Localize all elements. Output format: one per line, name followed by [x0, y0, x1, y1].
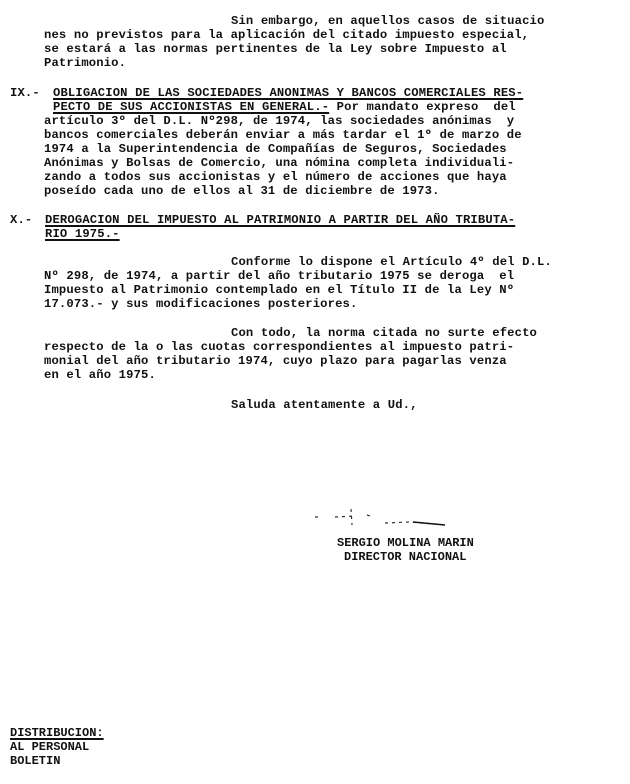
section-heading: PECTO DE SUS ACCIONISTAS EN GENERAL.- [53, 100, 329, 114]
section-body-text: Por mandato expreso del [329, 100, 516, 114]
section-heading: DEROGACION DEL IMPUESTO AL PATRIMONIO A … [45, 213, 515, 227]
section-body-line: artículo 3º del D.L. Nº298, de 1974, las… [44, 114, 514, 128]
intro-line: Sin embargo, en aquellos casos de situac… [231, 14, 544, 28]
intro-line: Patrimonio. [44, 56, 126, 70]
section-body-line: 1974 a la Superintendencia de Compañías … [44, 142, 507, 156]
section-body-line: bancos comerciales deberán enviar a más … [44, 128, 522, 142]
paragraph-line: Conforme lo dispone el Artículo 4º del D… [231, 255, 552, 269]
distribution-label: DISTRIBUCION: [10, 727, 104, 740]
paragraph-line: Con todo, la norma citada no surte efect… [231, 326, 537, 340]
section-heading: RIO 1975.- [45, 227, 120, 241]
signature-mark [315, 505, 465, 535]
section-body-line: Anónimas y Bolsas de Comercio, una nómin… [44, 156, 514, 170]
distribution-item: BOLETIN [10, 755, 60, 768]
paragraph-line: 17.073.- y sus modificaciones posteriore… [44, 297, 357, 311]
section-heading: OBLIGACION DE LAS SOCIEDADES ANONIMAS Y … [53, 86, 523, 100]
section-heading-line2-row: PECTO DE SUS ACCIONISTAS EN GENERAL.- Po… [53, 100, 516, 114]
paragraph-line: Impuesto al Patrimonio contemplado en el… [44, 283, 514, 297]
section-number: IX.- [10, 86, 40, 100]
paragraph-line: en el año 1975. [44, 368, 156, 382]
signatory-name: SERGIO MOLINA MARIN [337, 537, 474, 550]
paragraph-line: monial del año tributario 1974, cuyo pla… [44, 354, 507, 368]
paragraph-line: Nº 298, de 1974, a partir del año tribut… [44, 269, 514, 283]
closing-salutation: Saluda atentamente a Ud., [231, 398, 418, 412]
distribution-item: AL PERSONAL [10, 741, 89, 754]
intro-line: nes no previstos para la aplicación del … [44, 28, 529, 42]
signatory-title: DIRECTOR NACIONAL [344, 551, 466, 564]
section-body-line: poseído cada uno de ellos al 31 de dicie… [44, 184, 440, 198]
paragraph-line: respecto de la o las cuotas correspondie… [44, 340, 514, 354]
section-number: X.- [10, 213, 32, 227]
intro-line: se estará a las normas pertinentes de la… [44, 42, 507, 56]
section-body-line: zando a todos sus accionistas y el númer… [44, 170, 507, 184]
